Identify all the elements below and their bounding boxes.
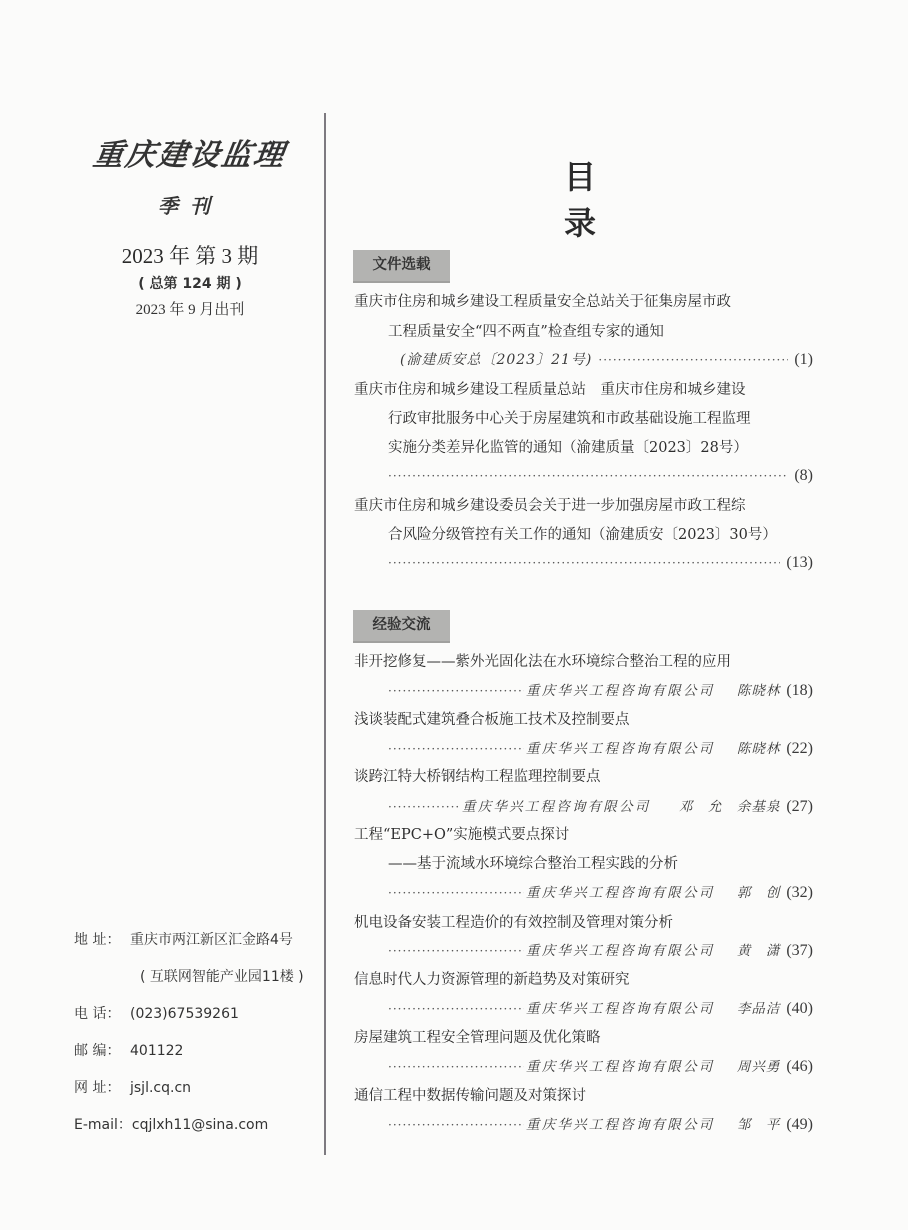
entry-leader-row: 重庆华兴工程咨询有限公司 邹 平 (49)	[388, 1115, 813, 1135]
entry-title-line: 机电设备安装工程造价的有效控制及管理对策分析	[354, 913, 673, 933]
column-divider	[324, 113, 326, 1155]
entry-title-line: 重庆市住房和城乡建设工程质量总站 重庆市住房和城乡建设	[354, 380, 746, 400]
phone-label: 电 话：	[74, 1004, 130, 1024]
contact-info: 地 址：重庆市两江新区汇金路4号 ( 互联网智能产业园11楼 ) 电 话：(02…	[74, 930, 324, 1152]
entry-author: 陈晓林	[737, 681, 781, 701]
section-tag-experience: 经验交流	[353, 610, 450, 643]
toc-title: 目录	[480, 152, 680, 244]
leader-dots	[388, 739, 524, 759]
entry-leader-row: 重庆华兴工程咨询有限公司 邓 允 余基泉 (27)	[388, 797, 813, 817]
entry-title-line: 非开挖修复——紫外光固化法在水环境综合整治工程的应用	[354, 652, 731, 672]
entry-author: 邓 允 余基泉	[679, 797, 781, 817]
leader-dots	[388, 1057, 524, 1077]
entry-doc-number: (渝建质安总〔2023〕21号)	[400, 350, 592, 370]
leader-dots	[388, 999, 524, 1019]
entry-organization: 重庆华兴工程咨询有限公司	[526, 681, 737, 701]
entry-author: 黄 潇	[737, 941, 781, 961]
entry-page-number[interactable]: (37)	[786, 941, 813, 961]
entry-organization: 重庆华兴工程咨询有限公司	[526, 1115, 737, 1135]
website-label: 网 址：	[74, 1078, 130, 1098]
journal-name: 重庆建设监理	[57, 130, 323, 174]
leader-dots	[388, 1115, 524, 1135]
journal-frequency: 季刊	[60, 190, 320, 219]
email-label: E-mail：	[74, 1115, 132, 1135]
entry-title-line: 通信工程中数据传输问题及对策探讨	[354, 1086, 586, 1106]
entry-page-number[interactable]: (13)	[786, 553, 813, 573]
entry-title-line: 谈跨江特大桥钢结构工程监理控制要点	[354, 767, 601, 787]
entry-title-line: 实施分类差异化监管的通知（渝建质量〔2023〕28号）	[388, 438, 748, 458]
website-row: 网 址：jsjl.cq.cn	[74, 1078, 324, 1115]
entry-title-line: 信息时代人力资源管理的新趋势及对策研究	[354, 970, 630, 990]
address-line1: 重庆市两江新区汇金路4号	[130, 932, 293, 948]
entry-organization: 重庆华兴工程咨询有限公司	[526, 883, 737, 903]
entry-title-line: 重庆市住房和城乡建设委员会关于进一步加强房屋市政工程综	[354, 496, 746, 516]
entry-subtitle-line: ——基于流域水环境综合整治工程实践的分析	[388, 854, 678, 874]
entry-page-number[interactable]: (49)	[786, 1115, 813, 1135]
entry-title-line: 工程“EPC+O”实施模式要点探讨	[354, 825, 569, 845]
address-label: 地 址：	[74, 930, 130, 950]
entry-page-number[interactable]: (18)	[786, 681, 813, 701]
entry-page-number[interactable]: (27)	[786, 797, 813, 817]
entry-leader-row: 重庆华兴工程咨询有限公司 陈晓林 (18)	[388, 681, 813, 701]
phone-value: (023)67539261	[130, 1006, 239, 1022]
email-row: E-mail：cqjlxh11@sina.com	[74, 1115, 324, 1152]
entry-organization: 重庆华兴工程咨询有限公司	[526, 1057, 737, 1077]
entry-author: 邹 平	[737, 1115, 781, 1135]
entry-page-number[interactable]: (46)	[786, 1057, 813, 1077]
phone-row: 电 话：(023)67539261	[74, 1004, 324, 1041]
entry-title-line: 合风险分级管控有关工作的通知（渝建质安〔2023〕30号）	[388, 525, 777, 545]
address-row-continued: ( 互联网智能产业园11楼 )	[74, 967, 324, 1004]
leader-dots	[388, 553, 780, 573]
postcode-label: 邮 编：	[74, 1041, 130, 1061]
leader-dots	[388, 797, 460, 817]
entry-page-number[interactable]: (1)	[794, 350, 813, 370]
entry-leader-row: 重庆华兴工程咨询有限公司 陈晓林 (22)	[388, 739, 813, 759]
website-link[interactable]: jsjl.cq.cn	[130, 1080, 191, 1096]
entry-page-number[interactable]: (22)	[786, 739, 813, 759]
entry-leader-row: 重庆华兴工程咨询有限公司 李品洁 (40)	[388, 999, 813, 1019]
entry-title-line: 工程质量安全“四不两直”检查组专家的通知	[388, 322, 664, 342]
entry-title-line: 行政审批服务中心关于房屋建筑和市政基础设施工程监理	[388, 409, 751, 429]
entry-page-number[interactable]: (32)	[786, 883, 813, 903]
entry-leader-row: (渝建质安总〔2023〕21号) (1)	[400, 350, 813, 370]
entry-organization: 重庆华兴工程咨询有限公司	[526, 941, 737, 961]
leader-dots	[388, 883, 524, 903]
entry-author: 陈晓林	[737, 739, 781, 759]
leader-dots	[598, 350, 788, 370]
issue-number: 2023 年 第 3 期	[60, 240, 320, 270]
entry-title-line: 重庆市住房和城乡建设工程质量安全总站关于征集房屋市政	[354, 292, 731, 312]
leader-dots	[388, 681, 524, 701]
entry-title-line: 房屋建筑工程安全管理问题及优化策略	[354, 1028, 601, 1048]
leader-dots	[388, 466, 788, 486]
entry-organization: 重庆华兴工程咨询有限公司	[462, 797, 679, 817]
entry-leader-row: (13)	[388, 553, 813, 573]
entry-page-number[interactable]: (40)	[786, 999, 813, 1019]
postcode-value: 401122	[130, 1043, 183, 1059]
entry-leader-row: 重庆华兴工程咨询有限公司 郭 创 (32)	[388, 883, 813, 903]
section-tag-documents: 文件选载	[353, 250, 450, 283]
entry-author: 周兴勇	[737, 1057, 781, 1077]
entry-page-number[interactable]: (8)	[794, 466, 813, 486]
entry-leader-row: (8)	[388, 466, 813, 486]
leader-dots	[388, 941, 524, 961]
entry-author: 郭 创	[737, 883, 781, 903]
entry-leader-row: 重庆华兴工程咨询有限公司 周兴勇 (46)	[388, 1057, 813, 1077]
publish-date: 2023 年 9 月出刊	[60, 298, 320, 319]
entry-organization: 重庆华兴工程咨询有限公司	[526, 999, 737, 1019]
entry-leader-row: 重庆华兴工程咨询有限公司 黄 潇 (37)	[388, 941, 813, 961]
email-link[interactable]: cqjlxh11@sina.com	[132, 1117, 268, 1133]
postcode-row: 邮 编：401122	[74, 1041, 324, 1078]
entry-author: 李品洁	[737, 999, 781, 1019]
address-line2: ( 互联网智能产业园11楼 )	[140, 969, 304, 985]
entry-title-line: 浅谈装配式建筑叠合板施工技术及控制要点	[354, 710, 630, 730]
address-row: 地 址：重庆市两江新区汇金路4号	[74, 930, 324, 967]
total-issue-number: ( 总第 124 期 )	[60, 273, 320, 293]
entry-organization: 重庆华兴工程咨询有限公司	[526, 739, 737, 759]
